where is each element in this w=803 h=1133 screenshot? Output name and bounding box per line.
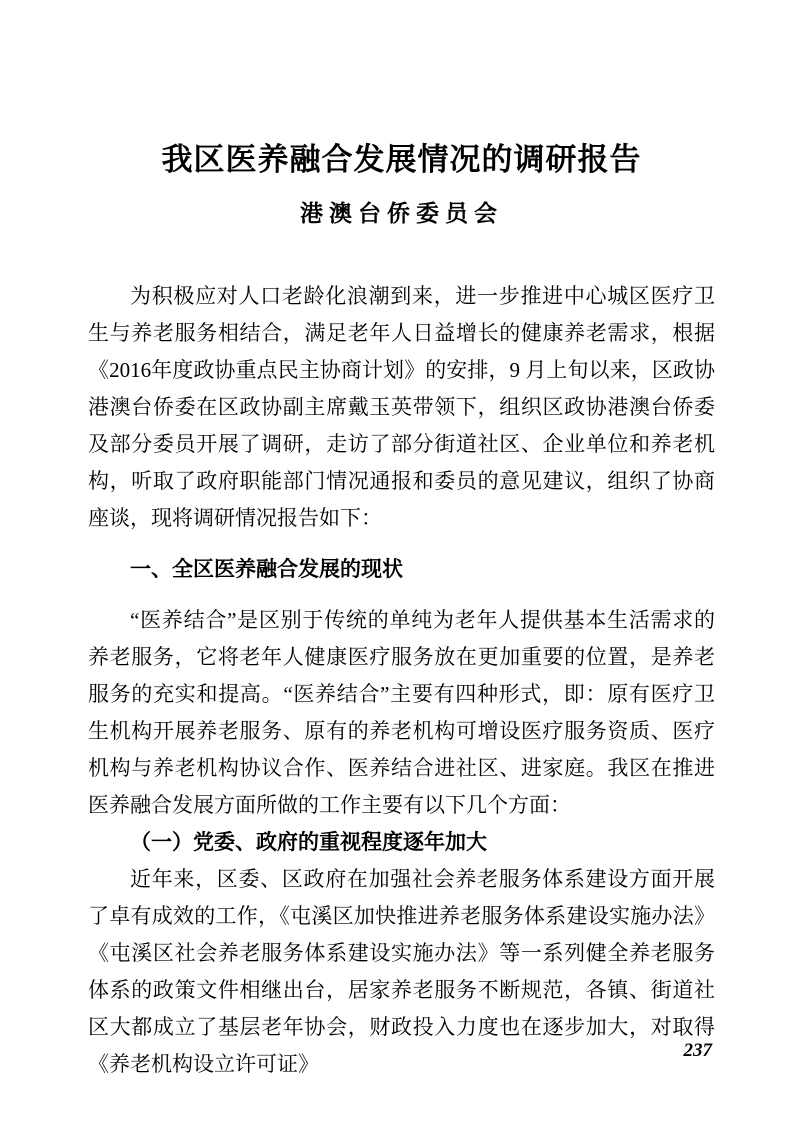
section-1-heading: 一、全区医养融合发展的现状 (88, 551, 715, 588)
subsection-1-1-heading: （一）党委、政府的重视程度逐年加大 (88, 824, 715, 861)
page-number: 237 (684, 1040, 713, 1062)
document-title: 我区医养融合发展情况的调研报告 (88, 140, 715, 180)
document-page: 我区医养融合发展情况的调研报告 港澳台侨委员会 为积极应对人口老龄化浪潮到来，进… (0, 0, 803, 1133)
subsection-1-1-paragraph: 近年来，区委、区政府在加强社会养老服务体系建设方面开展了卓有成效的工作，《屯溪区… (88, 861, 715, 1083)
document-author: 港澳台侨委员会 (88, 200, 715, 228)
section-1-paragraph: “医养结合”是区别于传统的单纯为老年人提供基本生活需求的养老服务，它将老年人健康… (88, 602, 715, 824)
intro-paragraph: 为积极应对人口老龄化浪潮到来，进一步推进中心城区医疗卫生与养老服务相结合，满足老… (88, 278, 715, 537)
